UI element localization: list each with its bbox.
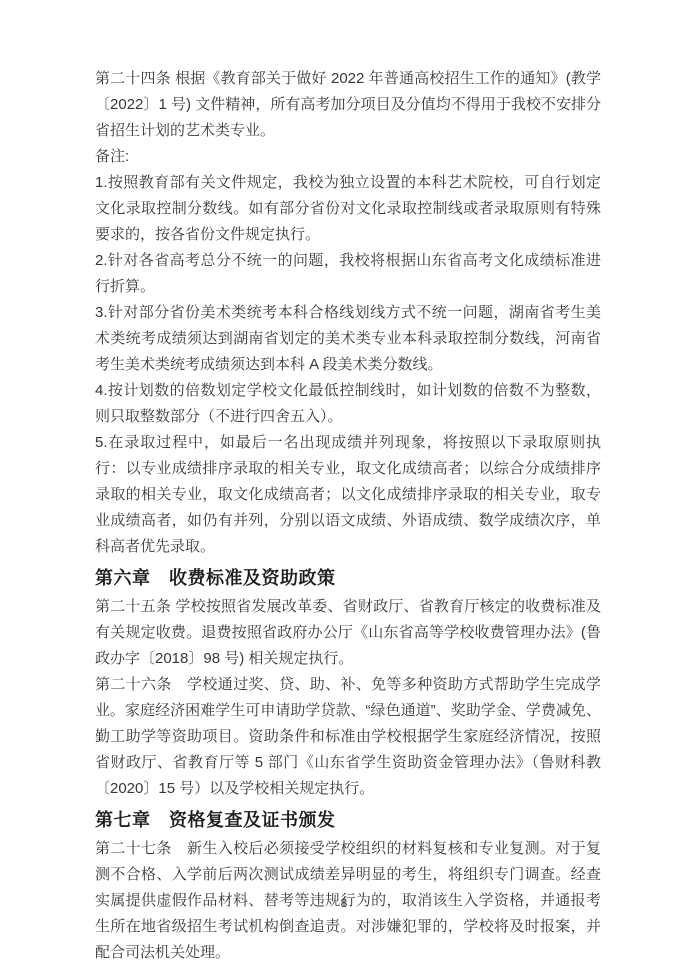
article-24-paragraph: 第二十四条 根据《教育部关于做好 2022 年普通高校招生工作的通知》(教学〔2…: [95, 66, 601, 144]
note-item-3: 3.针对部分省份美术类统考本科合格线划线方式不统一问题，湖南省考生美术类统考成绩…: [95, 300, 601, 378]
note-item-5: 5.在录取过程中，如最后一名出现成绩并列现象，将按照以下录取原则执行：以专业成绩…: [95, 430, 601, 560]
document-page: 第二十四条 根据《教育部关于做好 2022 年普通高校招生工作的通知》(教学〔2…: [0, 0, 688, 972]
article-25-paragraph: 第二十五条 学校按照省发展改革委、省财政厅、省教育厅核定的收费标准及有关规定收费…: [95, 594, 601, 672]
chapter-7-heading: 第七章 资格复查及证书颁发: [95, 807, 601, 833]
note-item-2: 2.针对各省高考总分不统一的问题，我校将根据山东省高考文化成绩标准进行折算。: [95, 248, 601, 300]
note-item-4: 4.按计划数的倍数划定学校文化最低控制线时，如计划数的倍数不为整数，则只取整数部…: [95, 378, 601, 430]
article-26-paragraph: 第二十六条 学校通过奖、贷、助、补、免等多种资助方式帮助学生完成学业。家庭经济困…: [95, 672, 601, 802]
remarks-label: 备注:: [95, 144, 601, 170]
page-number: 8: [0, 896, 688, 910]
chapter-6-heading: 第六章 收费标准及资助政策: [95, 565, 601, 591]
note-item-1: 1.按照教育部有关文件规定，我校为独立设置的本科艺术院校，可自行划定文化录取控制…: [95, 170, 601, 248]
document-content: 第二十四条 根据《教育部关于做好 2022 年普通高校招生工作的通知》(教学〔2…: [95, 66, 601, 966]
